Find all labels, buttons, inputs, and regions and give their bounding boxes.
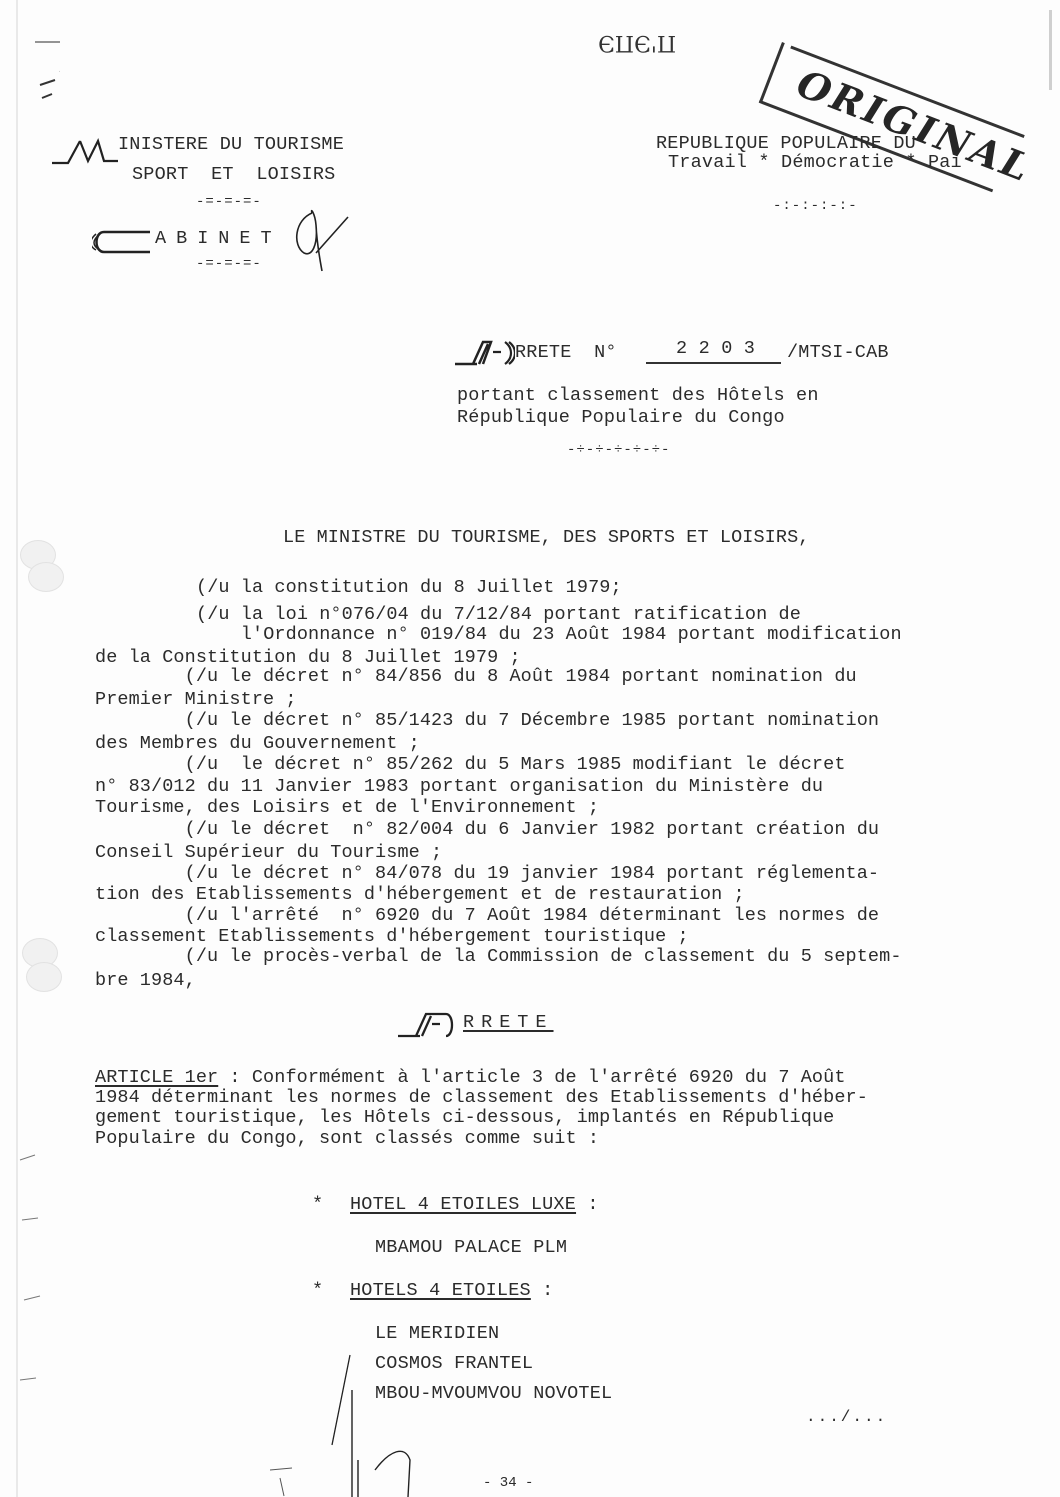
visa-line: (/u le décret n° 84/078 du 19 janvier 19… [95,863,879,884]
ministry-name-line1: INISTERE DU TOURISME [118,134,344,155]
visa-line: Tourisme, des Loisirs et de l'Environnem… [95,797,599,818]
arrete-number-underline [646,362,781,364]
visa-line: (/u la loi n°076/04 du 7/12/84 portant r… [196,604,801,625]
arrete-subtitle-line2: République Populaire du Congo [457,407,785,428]
ministry-name-line2: SPORT ET LOISIRS [132,164,335,185]
document-page: П'ЭПЭ ORIGINAL INISTERE DU TOURISME SPOR… [0,0,1060,1497]
initial-a-flourish-icon [455,340,515,366]
article-1-label: ARTICLE 1er [95,1067,218,1088]
cabinet-ornament: -=-=-=- [196,256,262,272]
visa-line: (/u le décret n° 85/262 du 5 Mars 1985 m… [95,754,846,775]
initials-signature [290,205,350,275]
visa-line: des Membres du Gouvernement ; [95,733,420,754]
visa-line: (/u le décret n° 84/856 du 8 Août 1984 p… [95,666,857,687]
category-heading: HOTEL 4 ETOILES LUXE : [350,1194,599,1215]
hotel-name: MBAMOU PALACE PLM [375,1237,567,1258]
title-ornament: -÷-÷-÷-÷-÷- [567,442,670,458]
visa-line: (/u le décret n° 85/1423 du 7 Décembre 1… [95,710,879,731]
ministry-ornament: -=-=-=- [196,194,262,210]
visa-line: tion des Etablissements d'hébergement et… [95,884,745,905]
arrete-subtitle-line1: portant classement des Hôtels en [457,385,819,406]
visa-line: (/u le décret n° 82/004 du 6 Janvier 198… [95,819,879,840]
visa-line: (/u l'arrêté n° 6920 du 7 Août 1984 déte… [95,905,879,926]
article-1-line: 1984 déterminant les normes de classemen… [95,1087,868,1108]
visa-line: de la Constitution du 8 Juillet 1979 ; [95,647,521,668]
category-bullet: * [312,1280,323,1301]
cabinet-label: ABINET [155,228,282,249]
arrete-suffix: /MTSI-CAB [787,342,889,363]
initial-a-flourish-icon [398,1012,458,1038]
visa-line: classement Etablissements d'hébergement … [95,926,689,947]
minister-heading: LE MINISTRE DU TOURISME, DES SPORTS ET L… [283,527,810,548]
article-1-line: Populaire du Congo, sont classés comme s… [95,1128,599,1149]
visa-line: (/u le procès-verbal de la Commission de… [95,946,902,967]
hotel-name: LE MERIDIEN [375,1323,499,1344]
scan-edge-right [1049,10,1052,90]
visa-line: l'Ordonnance n° 019/84 du 23 Août 1984 p… [196,624,902,645]
visa-line: n° 83/012 du 11 Janvier 1983 portant org… [95,776,823,797]
initial-c-flourish-icon [92,228,152,254]
category-bullet: * [312,1194,323,1215]
continued-marker: .../... [806,1408,887,1426]
initial-m-flourish-icon [50,137,120,165]
article-1-line: gement touristique, les Hôtels ci-dessou… [95,1107,834,1128]
handwritten-reference: П'ЭПЭ [598,30,676,55]
decision-heading: RRETE [463,1012,554,1033]
article-1-first-line: ARTICLE 1er : Conformément à l'article 3… [95,1067,846,1088]
visa-line: bre 1984, [95,970,196,991]
republic-motto: Travail * Démocratie * Pai [668,152,962,173]
category-heading: HOTELS 4 ETOILES : [350,1280,553,1301]
handwritten-signature [270,1350,450,1497]
visa-line: Premier Ministre ; [95,689,297,710]
republic-name: REPUBLIQUE POPULAIRE DU [656,133,927,154]
arrete-number: 2 2 0 3 [676,338,755,359]
republic-ornament: -:-:-:-:- [773,198,858,214]
margin-marks [0,0,60,1497]
article-1-text: : Conformément à l'article 3 de l'arrêté… [218,1067,845,1088]
original-stamp: ORIGINAL [754,42,1025,208]
page-number: - 34 - [483,1475,533,1491]
visa-line: Conseil Supérieur du Tourisme ; [95,842,442,863]
arrete-label: RRETE N° [515,342,617,363]
visa-line: (/u la constitution du 8 Juillet 1979; [196,577,622,598]
